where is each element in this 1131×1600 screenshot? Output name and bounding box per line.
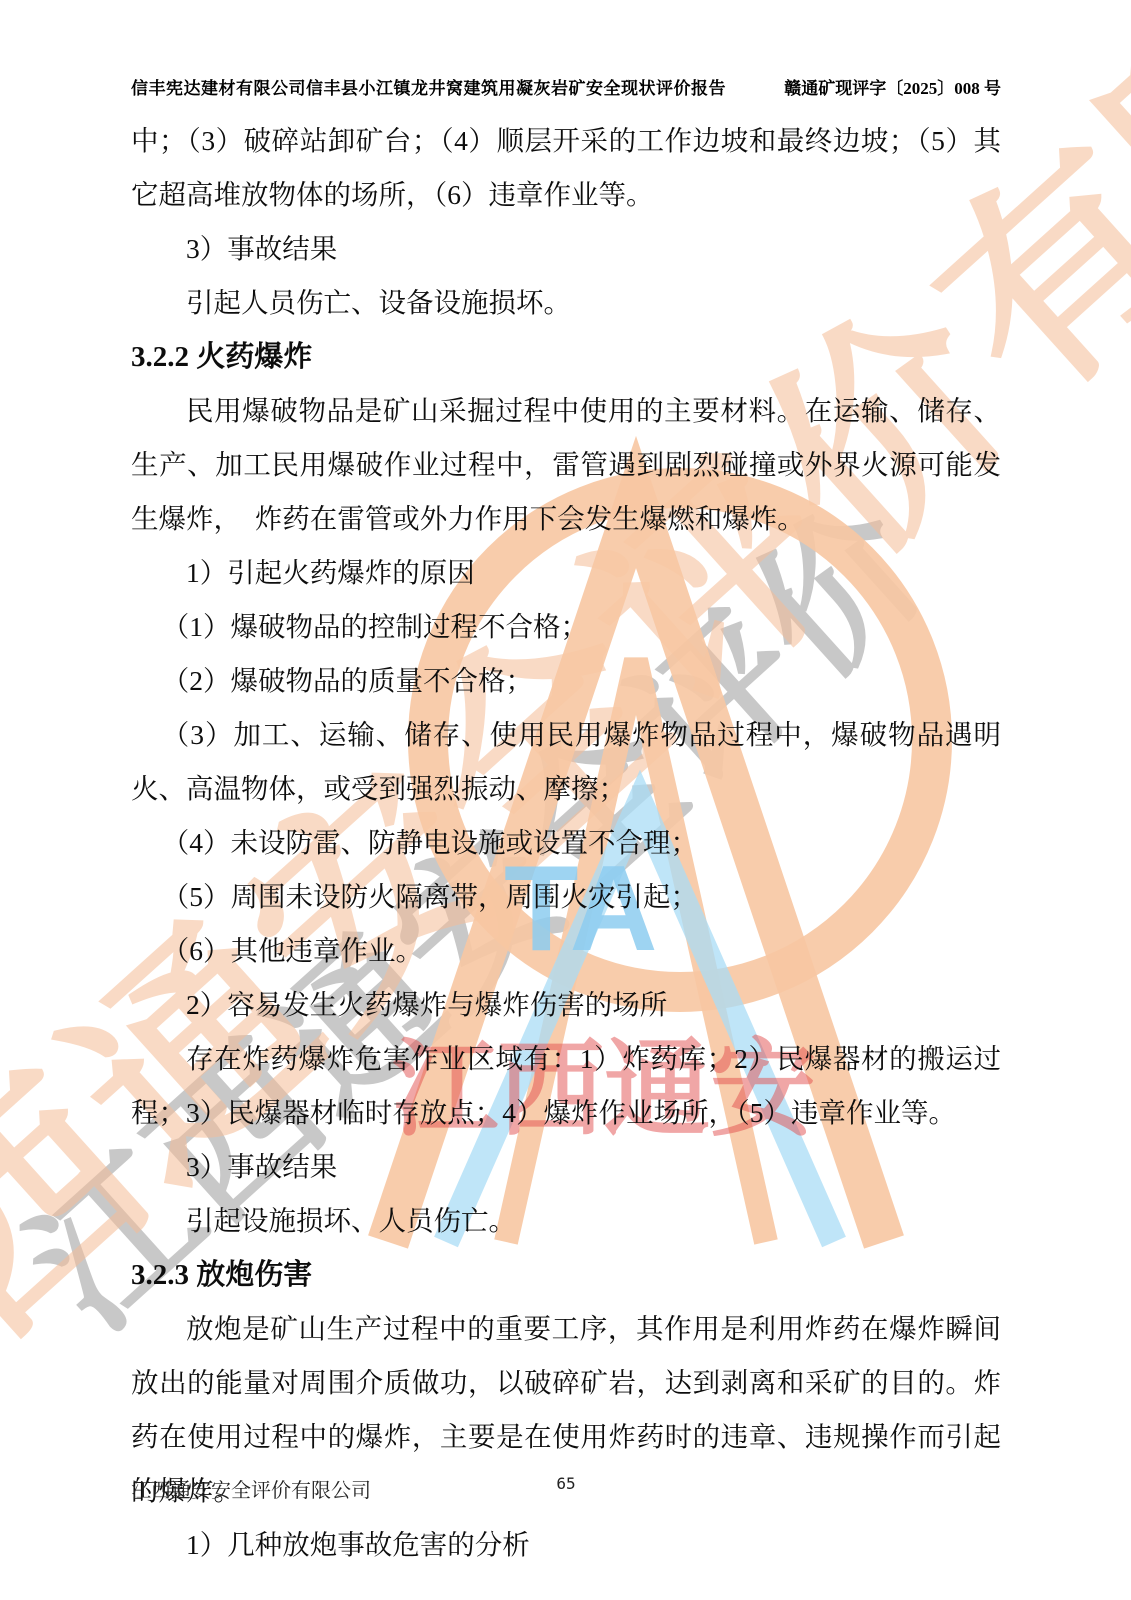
- page-number: 65: [131, 1474, 1001, 1493]
- section-heading: 3.2.3 放炮伤害: [131, 1248, 1001, 1302]
- paragraph: 民用爆破物品是矿山采掘过程中使用的主要材料。在运输、储存、生产、加工民用爆破作业…: [131, 384, 1001, 546]
- paragraph: 存在炸药爆炸危害作业区域有：1）炸药库；2）民爆器材的搬运过程；3）民爆器材临时…: [131, 1032, 1001, 1140]
- paragraph: （6）其他违章作业。: [131, 924, 1001, 978]
- paragraph: 2）容易发生火药爆炸与爆炸伤害的场所: [131, 978, 1001, 1032]
- paragraph: 1）引起火药爆炸的原因: [131, 546, 1001, 600]
- document-number: 赣通矿现评字〔2025〕008 号: [784, 74, 1001, 99]
- report-title: 信丰宪达建材有限公司信丰县小江镇龙井窝建筑用凝灰岩矿安全现状评价报告: [131, 74, 726, 99]
- page-footer: 65 江西通安安全评价有限公司: [131, 1474, 1001, 1503]
- paragraph: （2）爆破物品的质量不合格；: [131, 654, 1001, 708]
- document-page: 江西通安全评价 江西通安全评价有限公司 TA 江西通安 信丰宪达建材有限公司信丰…: [0, 0, 1131, 1600]
- paragraph: 3）事故结果: [131, 222, 1001, 276]
- paragraph: 引起设施损坏、人员伤亡。: [131, 1194, 1001, 1248]
- paragraph: （5）周围未设防火隔离带，周围火灾引起；: [131, 870, 1001, 924]
- paragraph: 引起人员伤亡、设备设施损坏。: [131, 276, 1001, 330]
- paragraph: 1）几种放炮事故危害的分析: [131, 1518, 1001, 1572]
- section-heading: 3.2.2 火药爆炸: [131, 330, 1001, 384]
- paragraph: （3）加工、运输、储存、使用民用爆炸物品过程中，爆破物品遇明火、高温物体，或受到…: [131, 708, 1001, 816]
- paragraph: 中；（3）破碎站卸矿台；（4）顺层开采的工作边坡和最终边坡；（5）其它超高堆放物…: [131, 114, 1001, 222]
- page-header: 信丰宪达建材有限公司信丰县小江镇龙井窝建筑用凝灰岩矿安全现状评价报告 赣通矿现评…: [131, 74, 1001, 99]
- paragraph: （4）未设防雷、防静电设施或设置不合理；: [131, 816, 1001, 870]
- body-text: 中；（3）破碎站卸矿台；（4）顺层开采的工作边坡和最终边坡；（5）其它超高堆放物…: [131, 114, 1001, 1572]
- paragraph: 3）事故结果: [131, 1140, 1001, 1194]
- paragraph: （1）爆破物品的控制过程不合格；: [131, 600, 1001, 654]
